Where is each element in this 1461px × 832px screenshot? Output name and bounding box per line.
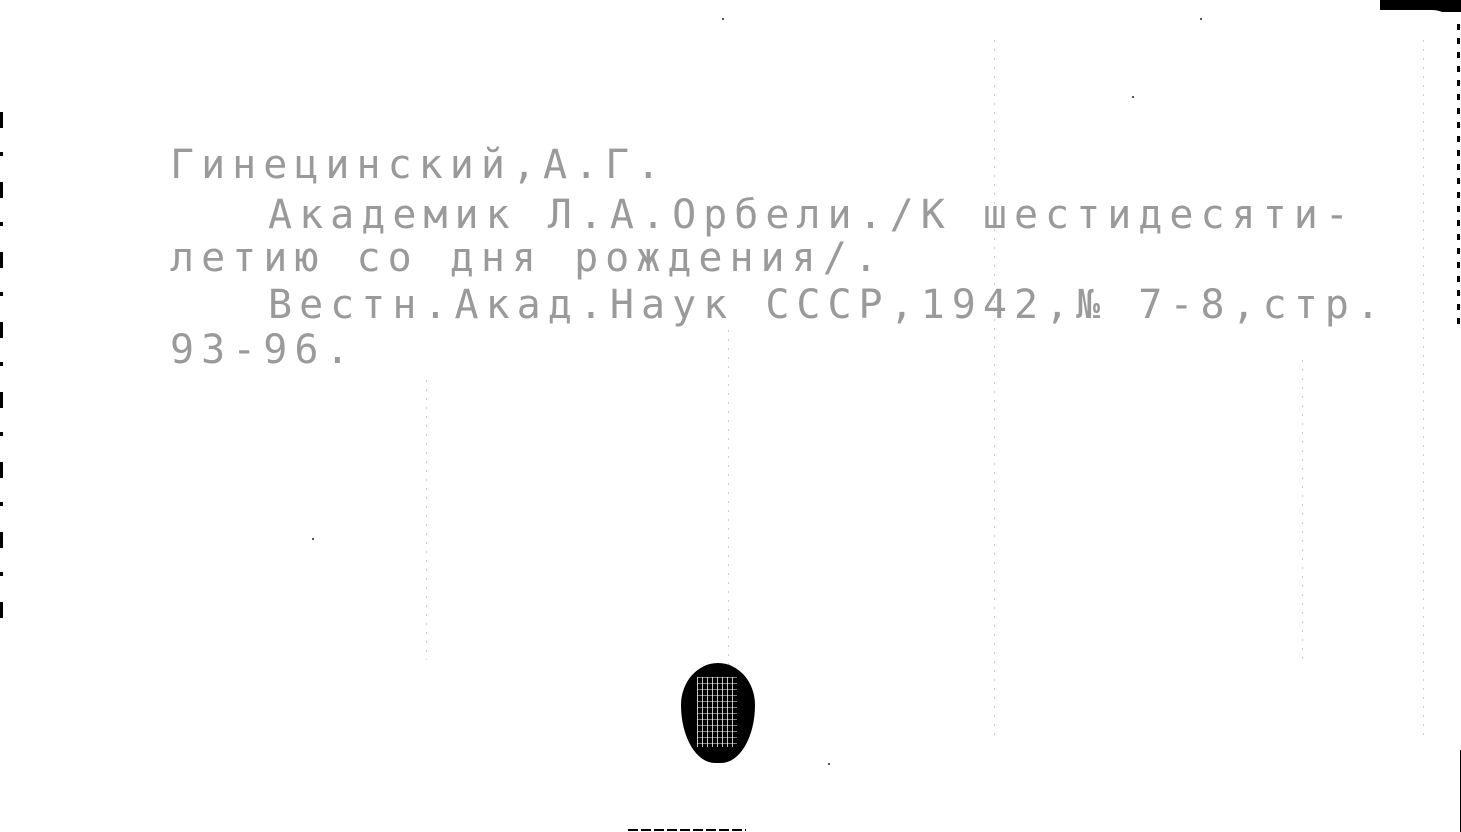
scan-artifact [1302, 360, 1303, 660]
card-rounded-corner [1380, 10, 1458, 50]
card-title-line-1: Академик Л.А.Орбели./К шестидесяти- [268, 195, 1356, 235]
card-right-edge [1457, 24, 1460, 324]
scan-speck [312, 538, 314, 540]
scan-artifact [1423, 40, 1424, 740]
card-bottom-edge [628, 829, 746, 831]
punch-hole-icon [681, 663, 755, 763]
scan-speck [1132, 96, 1134, 98]
scan-artifact [426, 380, 427, 660]
scan-speck [828, 763, 830, 765]
scan-speck [1200, 18, 1202, 20]
punch-hole-texture [697, 677, 737, 747]
card-source-line-1: Вестн.Акад.Наук СССР,1942,№ 7-8,стр. [268, 285, 1387, 325]
card-title-line-2: летию со дня рождения/. [170, 238, 885, 278]
card-source-line-2: 93-96. [170, 330, 357, 370]
scan-speck [722, 18, 724, 20]
card-left-edge [0, 112, 3, 632]
scan-artifact [994, 40, 995, 740]
card-author-heading: Гинецинский,А.Г. [170, 145, 667, 185]
catalog-card: Гинецинский,А.Г. Академик Л.А.Орбели./К … [0, 0, 1461, 832]
